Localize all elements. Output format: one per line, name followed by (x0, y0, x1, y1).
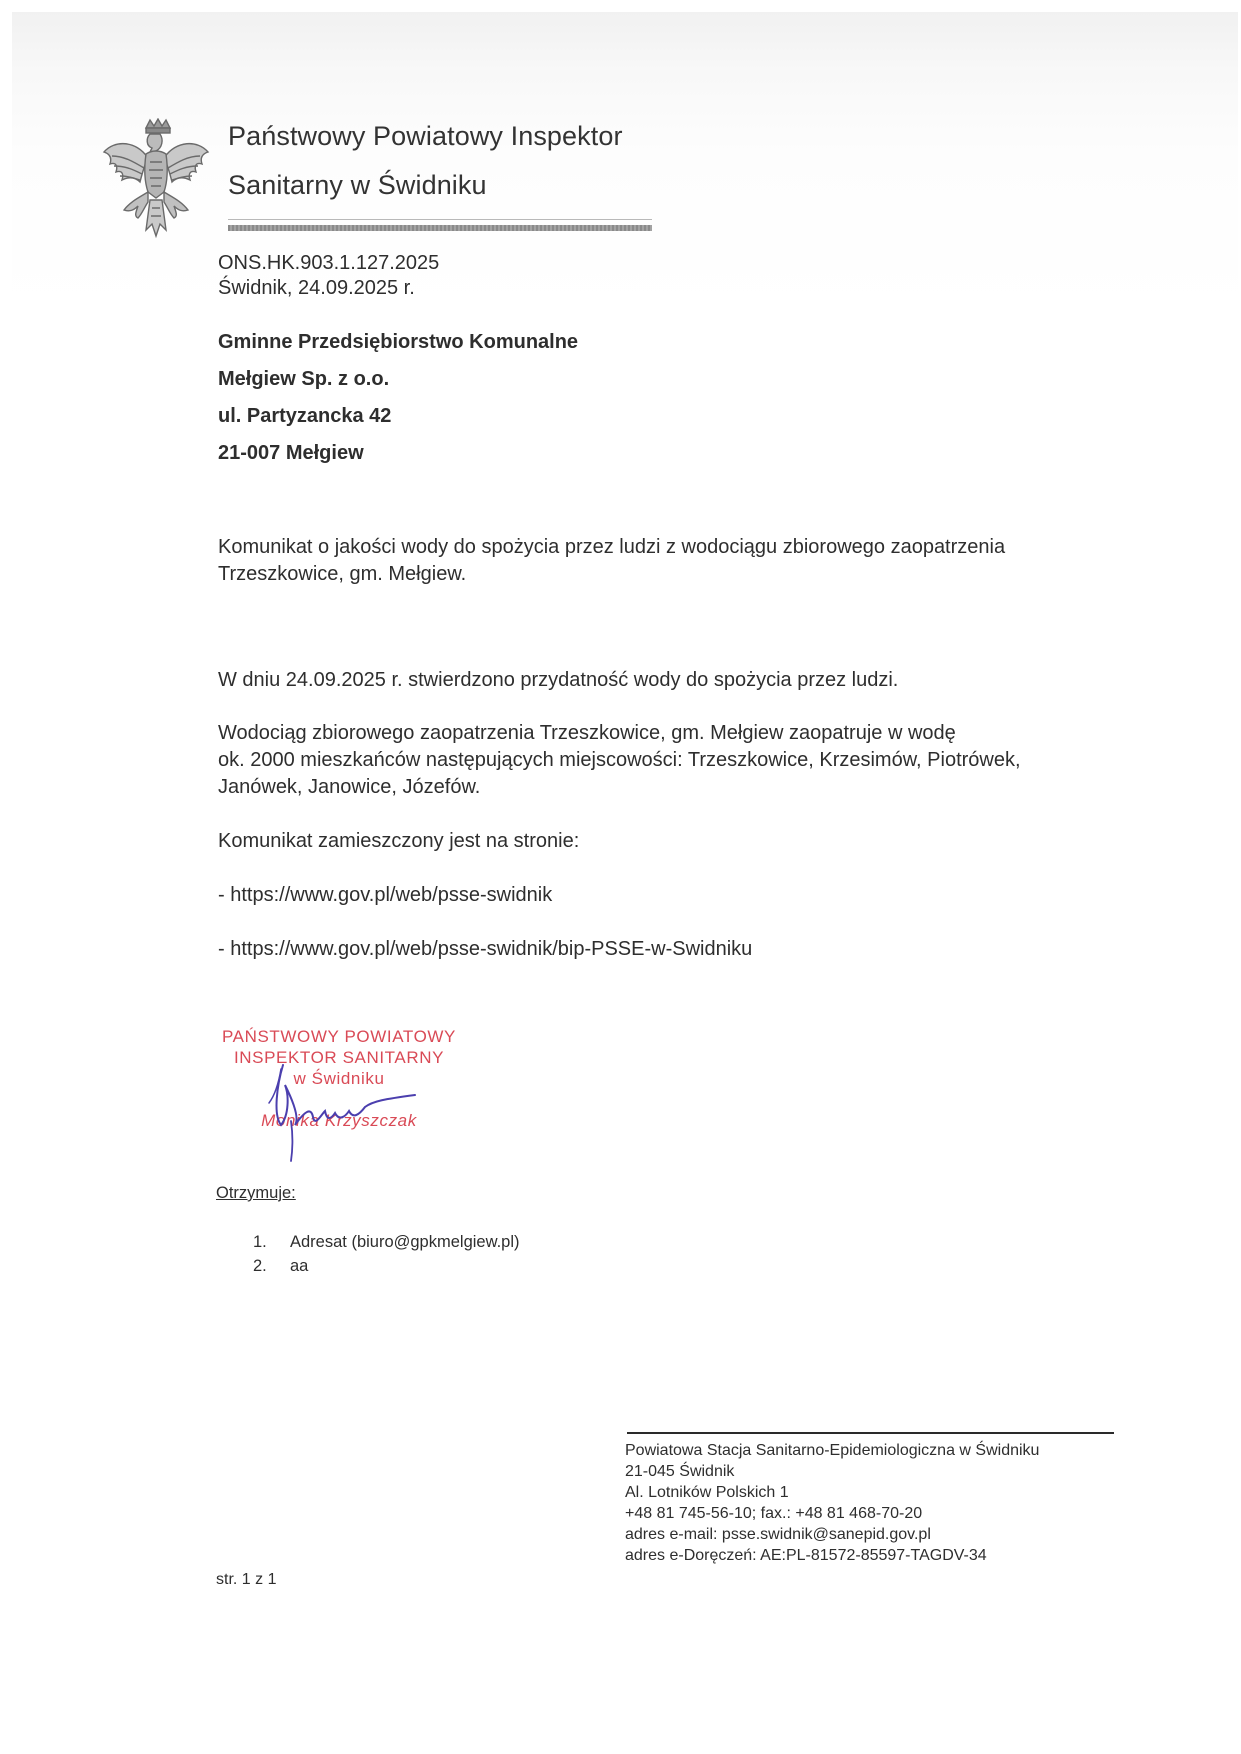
subject-line-2: Trzeszkowice, gm. Mełgiew. (218, 563, 466, 586)
letterhead-title-line-1: Państwowy Powiatowy Inspektor (228, 121, 623, 152)
polish-eagle-emblem-icon (100, 118, 212, 240)
letterhead-rule-thick (228, 225, 652, 231)
footer-email: adres e-mail: psse.swidnik@sanepid.gov.p… (625, 1525, 931, 1546)
place-and-date: Świdnik, 24.09.2025 r. (218, 277, 415, 300)
footer-street: Al. Lotników Polskich 1 (625, 1483, 789, 1504)
supply-paragraph-line-3: Janówek, Janowice, Józefów. (218, 776, 480, 799)
footer-institution: Powiatowa Stacja Sanitarno-Epidemiologic… (625, 1441, 1039, 1462)
supply-paragraph-line-2: ok. 2000 mieszkańców następujących miejs… (218, 749, 1021, 772)
recipient-line-4: 21-007 Mełgiew (218, 442, 364, 465)
page-number: str. 1 z 1 (216, 1570, 276, 1591)
distribution-heading: Otrzymuje: (216, 1184, 296, 1203)
subject-line-1: Komunikat o jakości wody do spożycia prz… (218, 536, 1005, 559)
recipient-line-3: ul. Partyzancka 42 (218, 405, 391, 428)
handwritten-signature-icon (255, 1055, 435, 1165)
published-intro: Komunikat zamieszczony jest na stronie: (218, 830, 579, 853)
letterhead-title-line-2: Sanitarny w Świdniku (228, 170, 487, 201)
supply-paragraph-line-1: Wodociąg zbiorowego zaopatrzenia Trzeszk… (218, 722, 956, 745)
recipient-line-2: Mełgiew Sp. z o.o. (218, 368, 389, 391)
distribution-item-1: Adresat (biuro@gpkmelgiew.pl) (290, 1233, 520, 1252)
water-quality-statement: W dniu 24.09.2025 r. stwierdzono przydat… (218, 669, 898, 692)
link-psse-swidnik[interactable]: - https://www.gov.pl/web/psse-swidnik (218, 884, 552, 907)
distribution-item-2: aa (290, 1257, 308, 1276)
recipient-line-1: Gminne Przedsiębiorstwo Komunalne (218, 331, 578, 354)
footer-postal-code: 21-045 Świdnik (625, 1462, 734, 1483)
footer-phone-fax: +48 81 745-56-10; fax.: +48 81 468-70-20 (625, 1504, 922, 1525)
link-bip-psse-swidnik[interactable]: - https://www.gov.pl/web/psse-swidnik/bi… (218, 938, 752, 961)
case-number: ONS.HK.903.1.127.2025 (218, 252, 439, 275)
distribution-item-2-number: 2. (253, 1257, 267, 1276)
footer-e-delivery-address: adres e-Doręczeń: AE:PL-81572-85597-TAGD… (625, 1546, 987, 1567)
distribution-item-1-number: 1. (253, 1233, 267, 1252)
stamp-line-1: PAŃSTWOWY POWIATOWY (219, 1027, 459, 1047)
footer-rule (627, 1432, 1114, 1434)
letterhead-rule-thin (228, 219, 652, 220)
